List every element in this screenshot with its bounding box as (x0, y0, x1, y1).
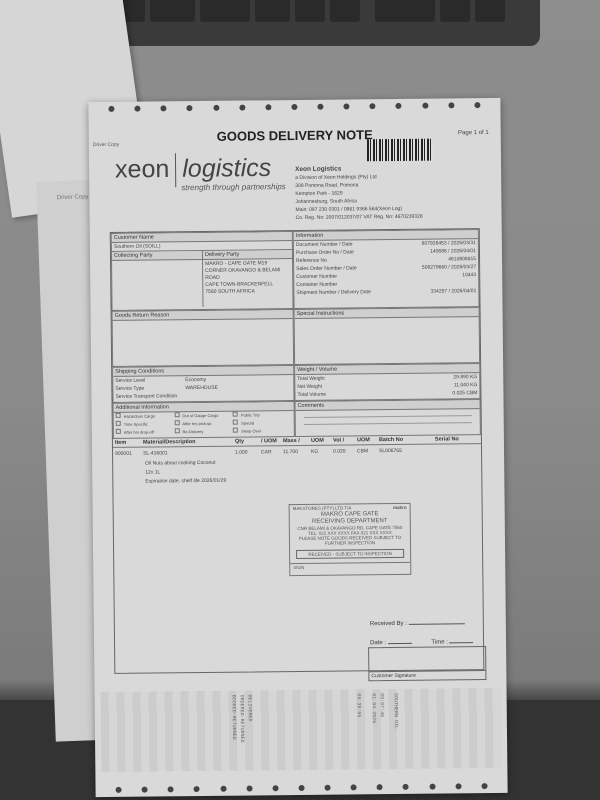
customer-value: Southern Oil (SOILL) (114, 242, 161, 250)
table-cell: SL-416001 (143, 449, 235, 458)
shipping-value: Economy (185, 376, 206, 384)
stamp-brand: makro (393, 504, 407, 511)
strip-print: 09:39:55 (356, 693, 362, 717)
table-cell: 0.020 (333, 447, 357, 455)
delivery-note-sheet: Driver Copy GOODS DELIVERY NOTE Page 1 o… (88, 98, 507, 797)
delivery-line: CORNER OKAVANGO & BELAMI (205, 267, 290, 275)
weight-label: Net Weight (297, 383, 322, 391)
received-by-field[interactable] (409, 623, 465, 625)
info-label: Shipment Number / Delivery Date (296, 288, 371, 297)
info-value: 10443 (462, 271, 476, 279)
key (475, 0, 505, 22)
comments-header: Comments (296, 400, 480, 411)
items-header-cell: UOM (357, 437, 379, 443)
option-label: Sleep Over (241, 428, 261, 433)
document-title: GOODS DELIVERY NOTE (89, 126, 501, 145)
checkbox[interactable] (174, 428, 179, 433)
copy-label: Driver Copy (57, 194, 89, 201)
items-header-cell: Serial No (435, 436, 483, 443)
items-header-cell: Material/Description (143, 439, 235, 446)
key (440, 0, 470, 22)
key (375, 0, 435, 22)
customer-section: Customer Name Southern Oil (SOILL) Colle… (111, 231, 294, 311)
company-address: Xeon Logistics a Division of Xeon Holdin… (295, 165, 423, 222)
sprocket-holes-top (88, 98, 500, 116)
strip-print: BOOKED-RETURNED (231, 695, 237, 740)
strip-print: ORDERED-RETURNED (239, 695, 246, 743)
signature-label: Customer Signature (369, 670, 485, 680)
special-instructions-section: Special Instructions (294, 307, 481, 365)
keyboard (95, 0, 540, 46)
additional-option: After hrs drop-off (116, 428, 175, 437)
key (200, 0, 250, 22)
information-section: Information Document Number / Date807926… (293, 229, 480, 309)
strip-print: 01.04.2026 (371, 693, 377, 723)
barcode (367, 139, 433, 162)
logo-brand-right: logistics (182, 154, 271, 183)
key (150, 0, 195, 22)
option-label: After hrs pick-up (182, 421, 211, 426)
key (295, 0, 325, 22)
checkbox[interactable] (233, 420, 238, 425)
table-cell: SL006765 (379, 447, 435, 456)
strip-print: 09:07:46 (379, 693, 385, 717)
table-cell (435, 446, 483, 455)
checkbox[interactable] (116, 413, 121, 418)
checkbox[interactable] (116, 429, 121, 434)
stamp-sign: SIGN (290, 562, 410, 571)
collecting-party-header: Collecting Party (112, 251, 202, 261)
info-row: Shipment Number / Delivery Date334257 / … (294, 287, 478, 297)
items-header-cell: / UOM (261, 438, 283, 444)
shipping-value: WAREHOUSE (185, 384, 218, 392)
shipping-section: Shipping Conditions Service LevelEconomy… (112, 365, 294, 403)
checkbox[interactable] (174, 420, 179, 425)
table-cell: 1.000 (235, 448, 261, 456)
stamp-box: RECEIVED - SUBJECT TO INSPECTION (296, 549, 404, 559)
receiving-stamp: MAKSTORES (PTY) LTD T/Amakro MAKRO CAPE … (289, 503, 412, 576)
logo-brand-left: xeon (115, 155, 170, 184)
additional-option: Re-Delivery (174, 428, 233, 437)
items-header-cell: Qty (235, 438, 261, 444)
tractor-feed-strip: BOOKED-RETURNED ORDERED-RETURNED DELIVER… (101, 688, 502, 772)
table-cell: 11.700 (283, 448, 311, 456)
received-by-label: Received By : (370, 621, 407, 627)
delivery-party: Delivery Party MAKRO - CAPE GATE M19 COR… (203, 250, 293, 307)
strip-print: DELIVERED (247, 694, 253, 721)
checkbox[interactable] (233, 412, 238, 417)
goods-return-header: Goods Return Reason (113, 310, 293, 321)
delivery-form: Customer Name Southern Oil (SOILL) Colle… (110, 228, 485, 674)
strip-print: SOUTHERN OIL (393, 693, 399, 729)
additional-info-section: Additional Information Hazardous CargoOu… (113, 401, 295, 439)
table-cell: CAR (261, 448, 283, 456)
date-label: Date : (370, 640, 386, 646)
items-header-cell: Mass / (283, 438, 311, 444)
weight-row: Total Volume0.025 CBM (295, 389, 479, 399)
logo-tagline: strength through partnerships (181, 182, 286, 192)
weight-value: 0.025 CBM (452, 389, 477, 397)
weight-value: 29.890 KG (453, 373, 477, 381)
delivery-line: 7560 SOUTH AFRICA (205, 288, 290, 296)
weight-value: 11.040 KG (454, 381, 478, 389)
key (255, 0, 290, 22)
option-label: Special (241, 420, 254, 425)
items-header-cell: Item (115, 440, 143, 446)
checkbox[interactable] (174, 412, 179, 417)
signature-box[interactable]: Customer Signature (368, 646, 486, 681)
option-label: Out of Gauge Cargo (182, 413, 218, 418)
address-line: Co. Reg. No: 2007/012037/07 VAT Reg. No:… (296, 213, 423, 222)
date-field[interactable] (388, 643, 412, 644)
comments-section: Comments (295, 399, 481, 437)
special-instructions-header: Special Instructions (295, 308, 479, 319)
items-header-cell: Vol / (333, 437, 357, 443)
table-cell: CBM (357, 447, 379, 455)
goods-return-section: Goods Return Reason (112, 309, 295, 367)
weight-label: Total Volume (297, 391, 326, 399)
table-cell: KG (311, 448, 333, 456)
collecting-party: Collecting Party (112, 251, 204, 308)
items-header-cell: Batch No (379, 437, 435, 444)
page-number: Page 1 of 1 (458, 130, 489, 136)
info-value: 334257 / 2026/04/01 (430, 287, 476, 295)
key (330, 0, 360, 22)
items-header-cell: UOM (311, 438, 333, 444)
checkbox[interactable] (116, 421, 121, 426)
table-cell: 900001 (115, 450, 143, 458)
option-label: Re-Delivery (182, 429, 203, 434)
checkbox[interactable] (233, 428, 238, 433)
shipping-label: Service Transport Condition (115, 392, 185, 401)
additional-option: Sleep Over (233, 427, 292, 436)
option-label: Hazardous Cargo (124, 413, 155, 418)
weight-section: Weight / Volume Total Weight29.890 KGNet… (294, 363, 480, 401)
option-label: After hrs drop-off (124, 430, 154, 435)
shipping-row: Service Transport Condition (113, 391, 293, 401)
time-label: Time : (431, 639, 448, 645)
time-field[interactable] (450, 642, 474, 643)
option-label: Public Trip (241, 412, 260, 417)
option-label: Time Specific (124, 422, 148, 427)
